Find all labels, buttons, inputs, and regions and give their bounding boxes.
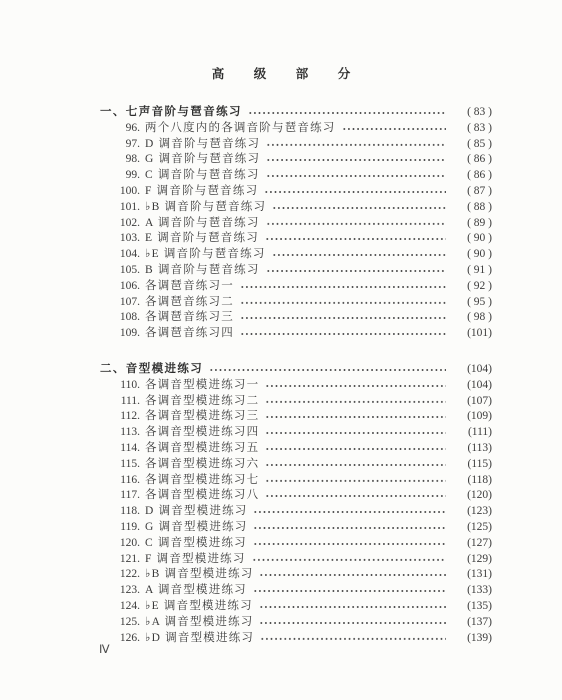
dot-leader: [342, 121, 447, 137]
toc-entry-row: 104. ♭E 调音阶与琶音练习 ( 90 ): [100, 247, 492, 263]
toc-entry-row: 113. 各调音型模进练习四 (111): [100, 425, 492, 441]
item-page: ( 90 ): [452, 231, 492, 247]
toc-entry-row: 108. 各调琶音练习三 ( 98 ): [100, 310, 492, 326]
item-title: 各调音型模进练习七: [145, 473, 259, 489]
dot-leader: [240, 310, 446, 326]
dot-leader: [265, 425, 446, 441]
section-page: (104): [452, 362, 492, 378]
item-number: 103.: [100, 231, 140, 247]
dot-leader: [266, 137, 446, 153]
section-items: 96. 两个八度内的各调音阶与琶音练习 ( 83 ) 97. D 调音阶与琶音练…: [100, 121, 492, 342]
toc-entry-row: 105. B 调音阶与琶音练习 ( 91 ): [100, 263, 492, 279]
dot-leader: [240, 326, 446, 342]
item-number: 109.: [100, 326, 140, 342]
item-title: G 调音阶与琶音练习: [145, 152, 260, 168]
toc-section: 二、音型模进练习 (104) 110. 各调音型模进练习一 (104) 111.…: [100, 362, 492, 646]
item-title: E 调音阶与琶音练习: [145, 231, 259, 247]
item-number: 125.: [100, 615, 140, 631]
dot-leader: [259, 567, 446, 583]
item-page: ( 88 ): [452, 200, 492, 216]
item-number: 112.: [100, 409, 140, 425]
item-page: ( 83 ): [452, 121, 492, 137]
section-heading-text: 二、音型模进练习: [100, 362, 203, 378]
item-number: 97.: [100, 137, 140, 153]
item-title: B 调音阶与琶音练习: [145, 263, 260, 279]
toc-entry-row: 96. 两个八度内的各调音阶与琶音练习 ( 83 ): [100, 121, 492, 137]
dot-leader: [260, 631, 446, 647]
item-page: ( 98 ): [452, 310, 492, 326]
item-number: 122.: [100, 567, 140, 583]
item-page: (107): [452, 394, 492, 410]
item-title: 各调音型模进练习一: [145, 378, 259, 394]
toc-entry-row: 107. 各调琶音练习二 ( 95 ): [100, 295, 492, 311]
item-title: C 调音型模进练习: [145, 536, 247, 552]
dot-leader: [264, 184, 446, 200]
item-title: 各调音型模进练习三: [145, 409, 259, 425]
item-page: ( 87 ): [452, 184, 492, 200]
dot-leader: [265, 441, 446, 457]
item-number: 118.: [100, 504, 140, 520]
item-page: (137): [452, 615, 492, 631]
item-page: ( 89 ): [452, 216, 492, 232]
dot-leader: [266, 168, 446, 184]
book-contents-page: 高 级 部 分 一、七声音阶与琶音练习 ( 83 ) 96. 两个八度内的各调音…: [0, 0, 562, 700]
item-title: C 调音阶与琶音练习: [145, 168, 260, 184]
toc-section: 一、七声音阶与琶音练习 ( 83 ) 96. 两个八度内的各调音阶与琶音练习 (…: [100, 105, 492, 342]
toc-entry-row: 116. 各调音型模进练习七 (118): [100, 473, 492, 489]
toc-entry-row: 98. G 调音阶与琶音练习 ( 86 ): [100, 152, 492, 168]
item-number: 120.: [100, 536, 140, 552]
item-page: (113): [452, 441, 492, 457]
item-page: (123): [452, 504, 492, 520]
item-number: 114.: [100, 441, 140, 457]
dot-leader: [265, 394, 446, 410]
toc-entry-row: 103. E 调音阶与琶音练习 ( 90 ): [100, 231, 492, 247]
item-title: ♭E 调音阶与琶音练习: [145, 247, 266, 263]
item-title: A 调音型模进练习: [145, 583, 247, 599]
toc-entry-row: 119. G 调音型模进练习 (125): [100, 520, 492, 536]
item-page: ( 91 ): [452, 263, 492, 279]
item-page: ( 85 ): [452, 137, 492, 153]
toc-entry-row: 118. D 调音型模进练习 (123): [100, 504, 492, 520]
section-heading-row: 一、七声音阶与琶音练习 ( 83 ): [100, 105, 492, 121]
item-page: (109): [452, 409, 492, 425]
item-title: A 调音阶与琶音练习: [145, 216, 260, 232]
item-number: 115.: [100, 457, 140, 473]
toc-entry-row: 110. 各调音型模进练习一 (104): [100, 378, 492, 394]
item-number: 121.: [100, 552, 140, 568]
folio-page-number: Ⅳ: [99, 642, 110, 656]
toc-entry-row: 125. ♭A 调音型模进练习 (137): [100, 615, 492, 631]
item-page: ( 95 ): [452, 295, 492, 311]
dot-leader: [265, 409, 446, 425]
item-number: 96.: [100, 121, 140, 137]
dot-leader: [266, 152, 446, 168]
item-title: ♭B 调音阶与琶音练习: [145, 200, 266, 216]
toc-entry-row: 121. F 调音型模进练习 (129): [100, 552, 492, 568]
dot-leader: [265, 378, 446, 394]
item-title: D 调音型模进练习: [145, 504, 247, 520]
item-page: (131): [452, 567, 492, 583]
toc-entry-row: 115. 各调音型模进练习六 (115): [100, 457, 492, 473]
section-heading-row: 二、音型模进练习 (104): [100, 362, 492, 378]
toc-entry-row: 97. D 调音阶与琶音练习 ( 85 ): [100, 137, 492, 153]
dot-leader: [253, 520, 446, 536]
dot-leader: [240, 279, 446, 295]
toc-entry-row: 123. A 调音型模进练习 (133): [100, 583, 492, 599]
dot-leader: [266, 263, 446, 279]
item-number: 113.: [100, 425, 140, 441]
dot-leader: [259, 599, 446, 615]
item-title: D 调音阶与琶音练习: [145, 137, 260, 153]
page-title: 高 级 部 分: [0, 64, 562, 82]
item-title: 各调音型模进练习六: [145, 457, 259, 473]
dot-leader: [265, 473, 446, 489]
item-title: 各调音型模进练习八: [145, 488, 259, 504]
dot-leader: [253, 504, 446, 520]
item-title: ♭E 调音型模进练习: [145, 599, 253, 615]
item-page: (139): [452, 631, 492, 647]
item-page: (135): [452, 599, 492, 615]
dot-leader: [259, 615, 446, 631]
toc-entry-row: 114. 各调音型模进练习五 (113): [100, 441, 492, 457]
dot-leader: [272, 247, 446, 263]
item-number: 102.: [100, 216, 140, 232]
dot-leader: [209, 362, 446, 378]
item-number: 116.: [100, 473, 140, 489]
item-title: G 调音型模进练习: [145, 520, 247, 536]
toc-entry-row: 126. ♭D 调音型模进练习 (139): [100, 631, 492, 647]
item-page: (118): [452, 473, 492, 489]
dot-leader: [253, 536, 446, 552]
item-title: F 调音型模进练习: [145, 552, 246, 568]
item-number: 100.: [100, 184, 140, 200]
dot-leader: [265, 457, 446, 473]
item-page: ( 92 ): [452, 279, 492, 295]
item-title: 各调音型模进练习四: [145, 425, 259, 441]
item-page: (129): [452, 552, 492, 568]
item-number: 111.: [100, 394, 140, 410]
item-number: 108.: [100, 310, 140, 326]
item-page: (125): [452, 520, 492, 536]
item-page: ( 86 ): [452, 152, 492, 168]
item-number: 124.: [100, 599, 140, 615]
item-number: 119.: [100, 520, 140, 536]
item-page: ( 86 ): [452, 168, 492, 184]
toc-entry-row: 100. F 调音阶与琶音练习 ( 87 ): [100, 184, 492, 200]
dot-leader: [252, 552, 446, 568]
item-title: 各调音型模进练习五: [145, 441, 259, 457]
item-title: 各调琶音练习一: [145, 279, 234, 295]
item-title: 各调琶音练习三: [145, 310, 234, 326]
toc-entry-row: 109. 各调琶音练习四 (101): [100, 326, 492, 342]
toc-entry-row: 120. C 调音型模进练习 (127): [100, 536, 492, 552]
section-items: 110. 各调音型模进练习一 (104) 111. 各调音型模进练习二 (107…: [100, 378, 492, 647]
toc-entry-row: 112. 各调音型模进练习三 (109): [100, 409, 492, 425]
item-title: 各调音型模进练习二: [145, 394, 259, 410]
item-title: 各调琶音练习四: [145, 326, 234, 342]
item-title: 各调琶音练习二: [145, 295, 234, 311]
dot-leader: [253, 583, 446, 599]
dot-leader: [265, 488, 446, 504]
item-number: 105.: [100, 263, 140, 279]
toc-entry-row: 101. ♭B 调音阶与琶音练习 ( 88 ): [100, 200, 492, 216]
item-title: ♭B 调音型模进练习: [145, 567, 253, 583]
item-number: 104.: [100, 247, 140, 263]
item-number: 101.: [100, 200, 140, 216]
dot-leader: [240, 295, 446, 311]
item-page: (115): [452, 457, 492, 473]
section-page: ( 83 ): [452, 105, 492, 121]
toc-entry-row: 106. 各调琶音练习一 ( 92 ): [100, 279, 492, 295]
item-number: 110.: [100, 378, 140, 394]
dot-leader: [272, 200, 446, 216]
item-title: 两个八度内的各调音阶与琶音练习: [145, 121, 336, 137]
item-number: 106.: [100, 279, 140, 295]
toc: 一、七声音阶与琶音练习 ( 83 ) 96. 两个八度内的各调音阶与琶音练习 (…: [100, 105, 492, 646]
item-number: 107.: [100, 295, 140, 311]
item-number: 99.: [100, 168, 140, 184]
toc-entry-row: 122. ♭B 调音型模进练习 (131): [100, 567, 492, 583]
toc-entry-row: 124. ♭E 调音型模进练习 (135): [100, 599, 492, 615]
item-page: (101): [452, 326, 492, 342]
toc-entry-row: 111. 各调音型模进练习二 (107): [100, 394, 492, 410]
item-page: (120): [452, 488, 492, 504]
item-page: ( 90 ): [452, 247, 492, 263]
item-number: 117.: [100, 488, 140, 504]
item-page: (127): [452, 536, 492, 552]
toc-entry-row: 99. C 调音阶与琶音练习 ( 86 ): [100, 168, 492, 184]
dot-leader: [248, 105, 446, 121]
item-title: ♭A 调音型模进练习: [145, 615, 253, 631]
item-page: (133): [452, 583, 492, 599]
section-heading-text: 一、七声音阶与琶音练习: [100, 105, 242, 121]
item-title: F 调音阶与琶音练习: [145, 184, 258, 200]
toc-entry-row: 102. A 调音阶与琶音练习 ( 89 ): [100, 216, 492, 232]
item-number: 123.: [100, 583, 140, 599]
dot-leader: [265, 231, 446, 247]
item-title: ♭D 调音型模进练习: [145, 631, 254, 647]
item-page: (111): [452, 425, 492, 441]
item-number: 98.: [100, 152, 140, 168]
dot-leader: [266, 216, 446, 232]
item-page: (104): [452, 378, 492, 394]
toc-entry-row: 117. 各调音型模进练习八 (120): [100, 488, 492, 504]
